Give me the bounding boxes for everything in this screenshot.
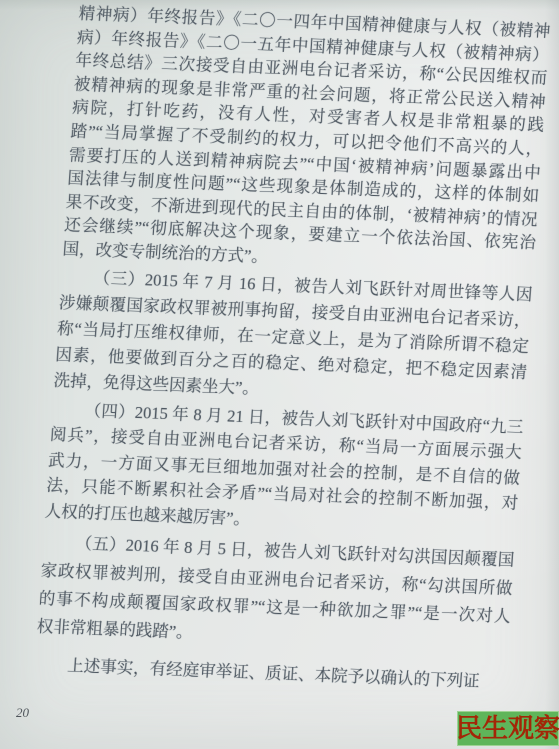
page-number: 20 <box>16 705 29 721</box>
photo-right-shade <box>545 0 559 749</box>
paragraph: （三）2015 年 7 月 16 日，被告人刘飞跃针对周世锋等人因涉嫌颠覆国家政… <box>53 264 533 412</box>
paragraph: （四）2015 年 8 月 21 日，被告人刘飞跃针对中国政府“九三阅兵”，接受… <box>44 396 524 542</box>
paragraph: 精神病）年终报告》《二〇一四年中国精神健康与人权（被精神病）年终报告》《二〇一五… <box>62 2 551 279</box>
text-line: 上述事实，有经庭审举证、质证、本院予以确认的下列证 <box>33 651 506 695</box>
paragraph: 上述事实，有经庭审举证、质证、本院予以确认的下列证 <box>33 651 506 695</box>
scanned-document-page: 精神病）年终报告》《二〇一四年中国精神健康与人权（被精神病）年终报告》《二〇一五… <box>0 0 559 749</box>
watermark-badge: 民生观察 <box>457 711 559 746</box>
watermark-text: 民生观察 <box>456 716 559 742</box>
document-body: 精神病）年终报告》《二〇一四年中国精神健康与人权（被精神病）年终报告》《二〇一五… <box>33 0 551 695</box>
paragraph: （五）2016 年 8 月 5 日，被告人刘飞跃针对勾洪国因颠覆国家政权罪被判刑… <box>36 528 515 658</box>
